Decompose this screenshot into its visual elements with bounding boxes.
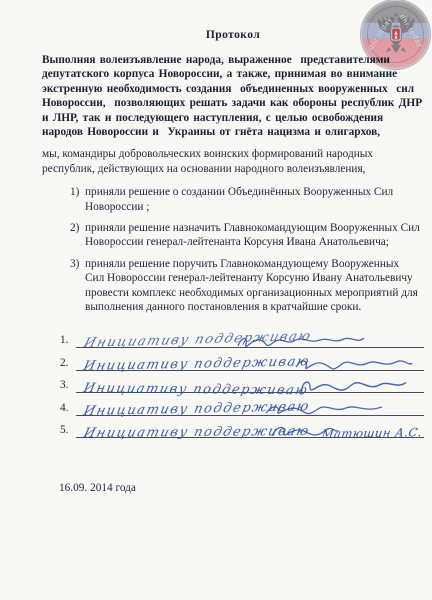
signature-number: 2. bbox=[60, 357, 76, 371]
signature-line: Инициативу поддерживаю bbox=[76, 325, 424, 349]
resolution-item: 1) приняли решение о создании Объединённ… bbox=[70, 185, 424, 214]
document-date: 16.09. 2014 года bbox=[59, 482, 424, 494]
dnr-round-stamp: dnr.today dnr.today bbox=[361, 0, 430, 69]
preamble-regular: мы, командиры добровольческих воинских ф… bbox=[42, 147, 424, 176]
signature-number: 4. bbox=[60, 402, 76, 416]
signature-row: 5. Инициативу поддерживаю Матюшин А.С. bbox=[60, 416, 424, 439]
resolution-item: 3) приняли решение поручить Главнокоманд… bbox=[70, 257, 424, 315]
signature-line: Инициативу поддерживаю bbox=[76, 347, 424, 371]
signature-number: 1. bbox=[60, 334, 76, 348]
signatures-block: 1. Инициативу поддерживаю 2. Инициативу … bbox=[60, 326, 424, 439]
resolution-number: 2) bbox=[70, 221, 85, 250]
resolution-text: приняли решение назначить Главнокомандую… bbox=[85, 221, 421, 250]
signature-number: 5. bbox=[60, 424, 76, 438]
signature-number: 3. bbox=[60, 379, 76, 393]
scanned-protocol-document: Протокол Выполняя волеизъявление народа,… bbox=[0, 0, 432, 600]
signature-row: 4. Инициативу поддерживаю bbox=[60, 393, 424, 416]
resolution-number: 3) bbox=[70, 257, 85, 315]
signature-line: Инициативу поддерживаю Матюшин А.С. bbox=[76, 415, 424, 439]
signature-row: 2. Инициативу поддерживаю bbox=[60, 348, 424, 371]
signature-name: Матюшин А.С. bbox=[321, 426, 424, 442]
resolution-number: 1) bbox=[70, 185, 85, 214]
resolution-item: 2) приняли решение назначить Главнокоман… bbox=[70, 221, 424, 250]
signature-line: Инициативу поддерживаю bbox=[76, 370, 424, 394]
document-body: Протокол Выполняя волеизъявление народа,… bbox=[42, 28, 424, 494]
preamble-bold: Выполняя волеизъявление народа, выраженн… bbox=[42, 53, 424, 139]
resolution-text: приняли решение о создании Объединённых … bbox=[85, 185, 421, 214]
signature-row: 3. Инициативу поддерживаю bbox=[60, 371, 424, 394]
signature-line: Инициативу поддерживаю bbox=[76, 392, 424, 416]
resolution-text: приняли решение поручить Главнокомандующ… bbox=[85, 257, 421, 315]
resolutions-list: 1) приняли решение о создании Объединённ… bbox=[70, 185, 424, 314]
signature-row: 1. Инициативу поддерживаю bbox=[60, 326, 424, 349]
